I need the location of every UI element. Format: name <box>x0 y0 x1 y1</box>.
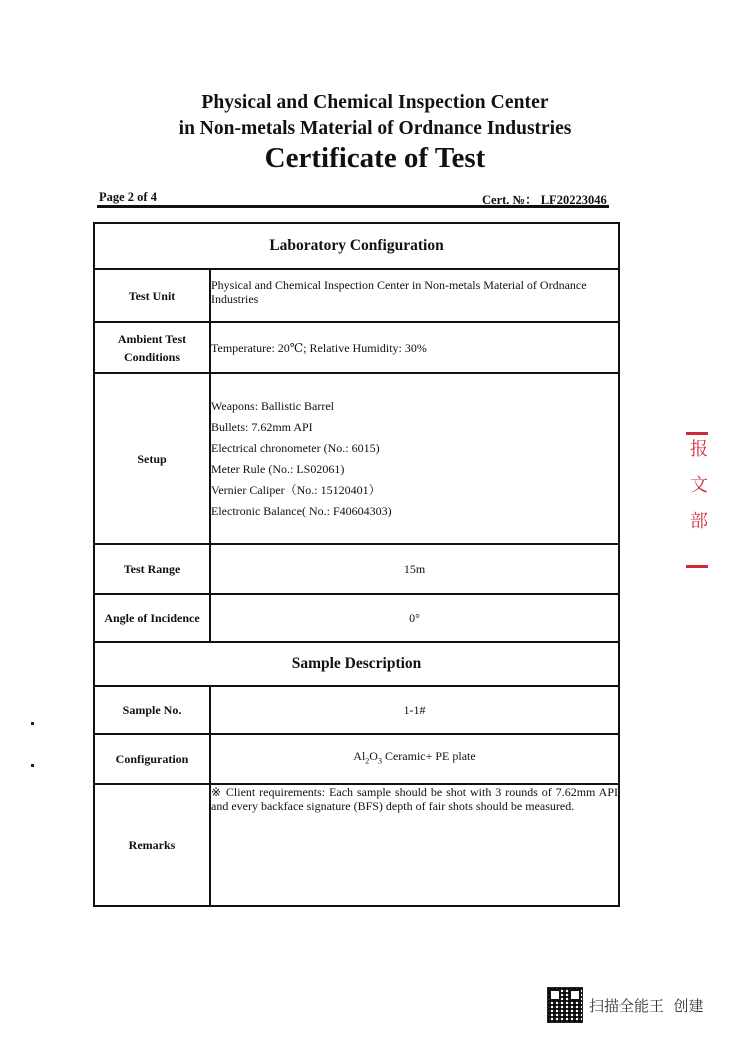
setup-item: Vernier Caliper（No.: 15120401） <box>211 480 618 501</box>
section-header-row: Sample Description <box>94 642 619 686</box>
label-ambient-conditions: Ambient Test Conditions <box>94 322 210 373</box>
label-sample-no: Sample No. <box>94 686 210 734</box>
section-header-row: Laboratory Configuration <box>94 223 619 269</box>
label-setup: Setup <box>94 373 210 544</box>
value-test-unit: Physical and Chemical Inspection Center … <box>210 269 619 322</box>
table-row: Configuration Al2O3 Ceramic+ PE plate <box>94 734 619 784</box>
value-configuration: Al2O3 Ceramic+ PE plate <box>210 734 619 784</box>
label-angle-of-incidence: Angle of Incidence <box>94 594 210 642</box>
watermark-text: 扫描全能王 创建 <box>589 995 704 1016</box>
config-mid: O <box>369 749 378 763</box>
stamp-char: 部 <box>684 504 714 540</box>
scan-mark-dot <box>31 722 34 725</box>
table-row: Test Range 15m <box>94 544 619 594</box>
page-number: Page 2 of 4 <box>99 190 157 205</box>
certificate-table: Laboratory Configuration Test Unit Physi… <box>93 222 620 907</box>
value-ambient-conditions: Temperature: 20℃; Relative Humidity: 30% <box>210 322 619 373</box>
label-remarks: Remarks <box>94 784 210 906</box>
institution-name-line2: in Non-metals Material of Ordnance Indus… <box>0 118 750 140</box>
label-test-unit: Test Unit <box>94 269 210 322</box>
stamp-char: 报 <box>684 432 714 468</box>
section-heading-sample-description: Sample Description <box>94 642 619 686</box>
table-row: Ambient Test Conditions Temperature: 20℃… <box>94 322 619 373</box>
stamp-char: 文 <box>684 468 714 504</box>
setup-item: Electronic Balance( No.: F40604303) <box>211 501 618 522</box>
section-heading-lab-config: Laboratory Configuration <box>94 223 619 269</box>
config-prefix: Al <box>353 749 365 763</box>
scan-mark-dot <box>31 764 34 767</box>
value-setup: Weapons: Ballistic Barrel Bullets: 7.62m… <box>210 373 619 544</box>
institution-name-line1: Physical and Chemical Inspection Center <box>0 92 750 114</box>
table-row: Remarks ※ Client requirements: Each samp… <box>94 784 619 906</box>
document-title: Certificate of Test <box>0 142 750 175</box>
setup-item: Bullets: 7.62mm API <box>211 417 618 438</box>
value-sample-no: 1-1# <box>210 686 619 734</box>
stamp-bar-bottom <box>686 565 708 568</box>
scanner-watermark: 扫描全能王 创建 <box>547 987 704 1023</box>
config-suffix: Ceramic+ PE plate <box>382 749 476 763</box>
label-test-range: Test Range <box>94 544 210 594</box>
qr-code-icon <box>547 987 583 1023</box>
table-row: Angle of Incidence 0° <box>94 594 619 642</box>
value-test-range: 15m <box>210 544 619 594</box>
seal-stamp: 报 文 部 <box>684 432 714 572</box>
setup-item: Electrical chronometer (No.: 6015) <box>211 438 618 459</box>
table-row: Sample No. 1-1# <box>94 686 619 734</box>
table-row: Test Unit Physical and Chemical Inspecti… <box>94 269 619 322</box>
value-remarks: ※ Client requirements: Each sample shoul… <box>210 784 619 906</box>
label-configuration: Configuration <box>94 734 210 784</box>
label-ambient-line1: Ambient Test <box>95 330 209 348</box>
value-angle-of-incidence: 0° <box>210 594 619 642</box>
header-rule <box>97 205 609 208</box>
setup-item: Meter Rule (No.: LS02061) <box>211 459 618 480</box>
setup-item: Weapons: Ballistic Barrel <box>211 396 618 417</box>
table-row: Setup Weapons: Ballistic Barrel Bullets:… <box>94 373 619 544</box>
label-ambient-line2: Conditions <box>95 348 209 366</box>
